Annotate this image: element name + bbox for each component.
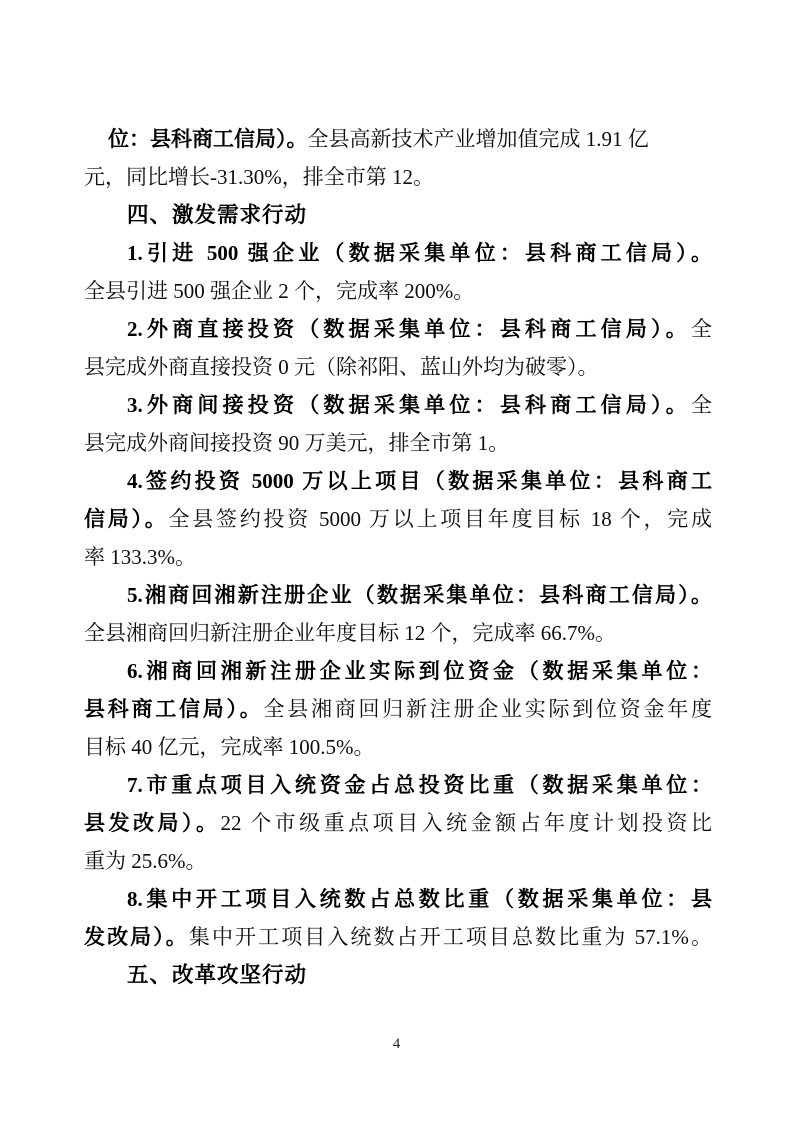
text-segment: 4.签约投资 5000 万以上项目（数据采集单位：县科商工 [127,469,712,493]
text-line: 2.外商直接投资（数据采集单位：县科商工信局）。全 [84,310,712,348]
text-segment: 重为 25.6%。 [84,849,207,873]
text-line: 全县湘商回归新注册企业年度目标 12 个，完成率 66.7%。 [84,614,712,652]
text-segment: 率 133.3%。 [84,545,196,569]
text-line: 率 133.3%。 [84,538,712,576]
text-segment: 全县签约投资 5000 万以上项目年度目标 18 个，完成 [169,507,713,531]
text-segment: 全县湘商回归新注册企业实际到位资金年度 [264,697,713,721]
text-line: 1.引进 500 强企业（数据采集单位：县科商工信局）。 [84,234,712,272]
text-line: 县科商工信局）。全县湘商回归新注册企业实际到位资金年度 [84,690,712,728]
text-segment: 全县引进 500 强企业 2 个，完成率 200%。 [84,279,474,303]
text-line: 重为 25.6%。 [84,842,712,880]
text-segment: 1.引进 500 强企业（数据采集单位：县科商工信局）。 [127,241,712,265]
text-segment: 8.集中开工项目入统数占总数比重（数据采集单位：县 [127,887,712,911]
text-segment: 位：县科商工信局）。 [108,127,308,151]
document-body: 位：县科商工信局）。全县高新技术产业增加值完成 1.91 亿元，同比增长-31.… [84,120,712,994]
text-line: 县完成外商间接投资 90 万美元，排全市第 1。 [84,424,712,462]
text-segment: 全 [691,317,712,341]
text-line: 发改局）。集中开工项目入统数占开工项目总数比重为 57.1%。 [84,918,712,956]
text-line: 县发改局）。22 个市级重点项目入统金额占年度计划投资比 [84,804,712,842]
text-line: 3.外商间接投资（数据采集单位：县科商工信局）。全 [84,386,712,424]
text-line: 位：县科商工信局）。全县高新技术产业增加值完成 1.91 亿 [84,120,712,158]
text-line: 目标 40 亿元，完成率 100.5%。 [84,728,712,766]
section-heading: 五、改革攻坚行动 [84,956,712,994]
text-line: 县完成外商直接投资 0 元（除祁阳、蓝山外均为破零）。 [84,348,712,386]
text-line: 4.签约投资 5000 万以上项目（数据采集单位：县科商工 [84,462,712,500]
page-number: 4 [0,1034,793,1054]
text-segment: 目标 40 亿元，完成率 100.5%。 [84,735,375,759]
text-segment: 全县高新技术产业增加值完成 1.91 亿 [308,127,649,151]
document-page: 位：县科商工信局）。全县高新技术产业增加值完成 1.91 亿元，同比增长-31.… [0,0,793,1122]
text-segment: 3.外商间接投资（数据采集单位：县科商工信局）。 [127,393,691,417]
text-segment: 元，同比增长-31.30%，排全市第 12。 [84,165,434,189]
text-line: 8.集中开工项目入统数占总数比重（数据采集单位：县 [84,880,712,918]
text-segment: 县完成外商间接投资 90 万美元，排全市第 1。 [84,431,509,455]
text-segment: 2.外商直接投资（数据采集单位：县科商工信局）。 [127,317,691,341]
text-segment: 县完成外商直接投资 0 元（除祁阳、蓝山外均为破零）。 [84,355,599,379]
text-segment: 五、改革攻坚行动 [127,963,307,987]
text-segment: 全县湘商回归新注册企业年度目标 12 个，完成率 66.7%。 [84,621,616,645]
text-segment: 6.湘商回湘新注册企业实际到位资金（数据采集单位： [127,659,712,683]
text-segment: 县发改局）。 [84,811,220,835]
text-segment: 县科商工信局）。 [84,697,264,721]
text-segment: 5.湘商回湘新注册企业（数据采集单位：县科商工信局）。 [127,583,712,607]
text-line: 信局）。全县签约投资 5000 万以上项目年度目标 18 个，完成 [84,500,712,538]
text-line: 6.湘商回湘新注册企业实际到位资金（数据采集单位： [84,652,712,690]
text-segment: 集中开工项目入统数占开工项目总数比重为 57.1%。 [189,925,712,949]
text-segment: 发改局）。 [84,925,189,949]
text-line: 全县引进 500 强企业 2 个，完成率 200%。 [84,272,712,310]
text-line: 7.市重点项目入统资金占总投资比重（数据采集单位： [84,766,712,804]
text-segment: 7.市重点项目入统资金占总投资比重（数据采集单位： [127,773,712,797]
text-segment: 全 [691,393,712,417]
text-segment: 22 个市级重点项目入统金额占年度计划投资比 [220,811,712,835]
text-line: 5.湘商回湘新注册企业（数据采集单位：县科商工信局）。 [84,576,712,614]
text-line: 元，同比增长-31.30%，排全市第 12。 [84,158,712,196]
section-heading: 四、激发需求行动 [84,196,712,234]
text-segment: 四、激发需求行动 [127,203,307,227]
text-segment: 信局）。 [84,507,169,531]
